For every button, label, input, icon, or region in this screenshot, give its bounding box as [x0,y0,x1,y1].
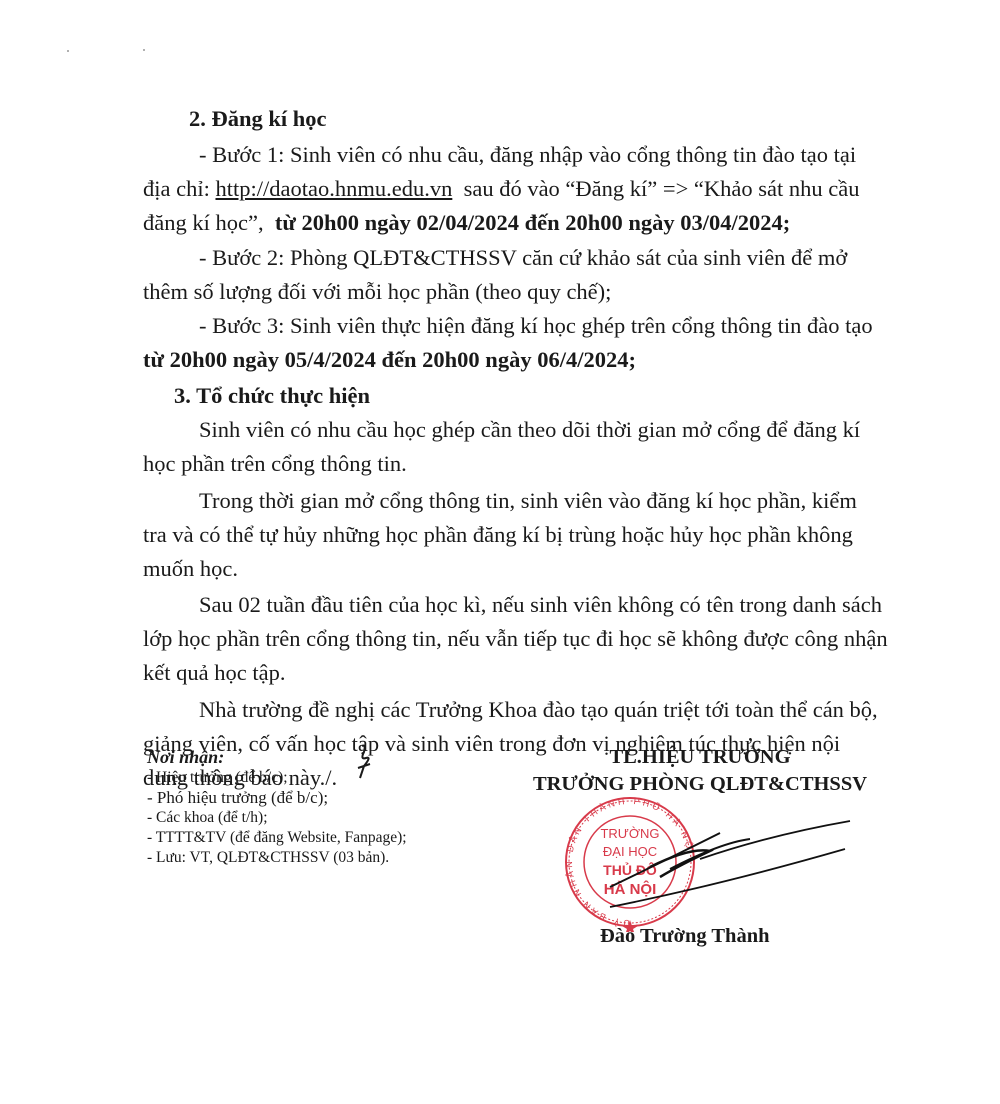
paragraph-1-line-1: Sinh viên có nhu cầu học ghép cần theo d… [199,413,860,448]
step-2-line-1: - Bước 2: Phòng QLĐT&CTHSSV căn cứ khảo … [199,241,847,276]
recipient-item: - Lưu: VT, QLĐT&CTHSSV (03 bản). [147,848,407,868]
paragraph-3-line-1: Sau 02 tuần đầu tiên của học kì, nếu sin… [199,588,882,623]
step-3-line-1: - Bước 3: Sinh viên thực hiện đăng kí họ… [199,309,873,344]
document-page: 2. Đăng kí học - Bước 1: Sinh viên có nh… [0,0,1000,1104]
recipient-item: - Phó hiệu trưởng (để b/c); [147,788,407,808]
step-1-instructions: sau đó vào “Đăng kí” => “Khảo sát nhu cầ… [452,176,859,201]
scan-speck [143,49,145,51]
paragraph-3-line-3: kết quả học tập. [143,656,285,691]
step-1-line-2: địa chỉ: http://daotao.hnmu.edu.vn sau đ… [143,172,859,207]
registration-period: từ 20h00 ngày 05/4/2024 đến 20h00 ngày 0… [143,343,636,378]
section-2-heading: 2. Đăng kí học [189,102,327,137]
survey-period: từ 20h00 ngày 02/04/2024 đến 20h00 ngày … [269,210,790,235]
paragraph-2-line-2: tra và có thể tự hủy những học phần đăng… [143,518,853,553]
paragraph-2-line-1: Trong thời gian mở cổng thông tin, sinh … [199,484,857,519]
step-1-line-3: đăng kí học”, từ 20h00 ngày 02/04/2024 đ… [143,206,790,241]
step-1-text: đăng kí học”, [143,210,269,235]
address-label: địa chỉ: [143,176,215,201]
paragraph-2-line-3: muốn học. [143,552,238,587]
recipient-item: - Các khoa (để t/h); [147,808,407,828]
signer-name: Đào Trường Thành [600,925,770,948]
section-3-heading: 3. Tổ chức thực hiện [174,379,370,414]
recipient-item: - TTTT&TV (để đăng Website, Fanpage); [147,828,407,848]
paragraph-4-line-1: Nhà trường đề nghị các Trưởng Khoa đào t… [199,693,878,728]
scan-speck [67,50,69,52]
recipients-block: Nơi nhận: - Hiệu trưởng (để b/c); - Phó … [147,746,407,868]
handwritten-signature-icon [600,815,860,925]
portal-link[interactable]: http://daotao.hnmu.edu.vn [215,176,452,201]
recipient-item: - Hiệu trưởng (để b/c); [147,768,407,788]
step-1-line-1: - Bước 1: Sinh viên có nhu cầu, đăng nhậ… [199,138,856,173]
signature-block: TL.HIỆU TRƯỞNG TRƯỞNG PHÒNG QLĐT&CTHSSV [500,744,900,798]
step-2-line-2: thêm số lượng đối với mỗi học phần (theo… [143,275,611,310]
signature-title-2: TRƯỞNG PHÒNG QLĐT&CTHSSV [500,771,900,798]
paragraph-1-line-2: học phần trên cổng thông tin. [143,447,407,482]
paragraph-3-line-2: lớp học phần trên cổng thông tin, nếu vẫ… [143,622,888,657]
signature-title-1: TL.HIỆU TRƯỞNG [500,744,900,771]
recipients-title: Nơi nhận: [147,746,407,768]
